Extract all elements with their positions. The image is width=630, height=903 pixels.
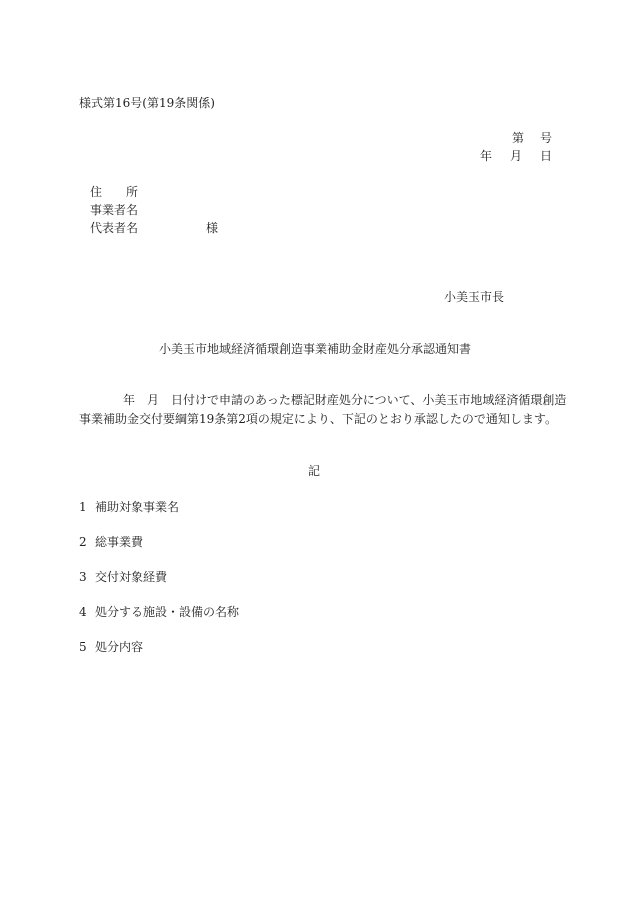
representative-row: 代表者名: [90, 219, 138, 237]
item-number: 3: [79, 570, 95, 585]
body-line-2: 事業補助金交付要綱第19条第2項の規定により、下記のとおり承認したので通知します…: [79, 410, 557, 429]
item-list: 1補助対象事業名 2総事業費 3交付対象経費 4処分する施設・設備の名称 5処分…: [79, 500, 239, 675]
form-number: 様式第16号(第19条関係): [79, 96, 215, 111]
body-date-month: 月: [147, 393, 159, 407]
doc-number-suffix: 号: [540, 131, 552, 146]
body-line-1: 年月日付けで申請のあった標記財産処分について、小美玉市地域経済循環創造: [79, 391, 557, 410]
item-label: 処分する施設・設備の名称: [95, 605, 239, 619]
issuer: 小美玉市長: [444, 290, 504, 305]
body-line-1-rest: 日付けで申請のあった標記財産処分について、小美玉市地域経済循環創造: [171, 393, 566, 407]
business-name-label: 事業者名: [90, 203, 138, 217]
business-name-row: 事業者名: [90, 201, 138, 219]
date-month: 月: [510, 149, 522, 164]
date-day: 日: [540, 149, 552, 164]
body-date-year: 年: [123, 393, 135, 407]
item-label: 処分内容: [95, 640, 143, 654]
item-number: 1: [79, 500, 95, 515]
item-number: 2: [79, 535, 95, 550]
list-item: 4処分する施設・設備の名称: [79, 605, 239, 640]
address-row: 住所: [90, 183, 138, 201]
body-paragraph: 年月日付けで申請のあった標記財産処分について、小美玉市地域経済循環創造 事業補助…: [79, 391, 557, 429]
list-item: 2総事業費: [79, 535, 239, 570]
doc-number-prefix: 第: [512, 131, 524, 146]
item-label: 交付対象経費: [95, 570, 167, 584]
list-item: 3交付対象経費: [79, 570, 239, 605]
item-number: 4: [79, 605, 95, 620]
date-year: 年: [480, 149, 492, 164]
list-item: 5処分内容: [79, 640, 239, 675]
recipient-block: 住所 事業者名 代表者名: [90, 183, 138, 237]
item-label: 総事業費: [95, 535, 143, 549]
address-label-a: 住: [90, 185, 102, 199]
ki-heading: 記: [308, 464, 320, 479]
list-item: 1補助対象事業名: [79, 500, 239, 535]
item-label: 補助対象事業名: [95, 500, 179, 514]
item-number: 5: [79, 640, 95, 655]
document-title: 小美玉市地域経済循環創造事業補助金財産処分承認通知書: [159, 342, 471, 357]
address-label-b: 所: [126, 185, 138, 199]
representative-label: 代表者名: [90, 221, 138, 235]
honorific: 様: [206, 219, 218, 237]
